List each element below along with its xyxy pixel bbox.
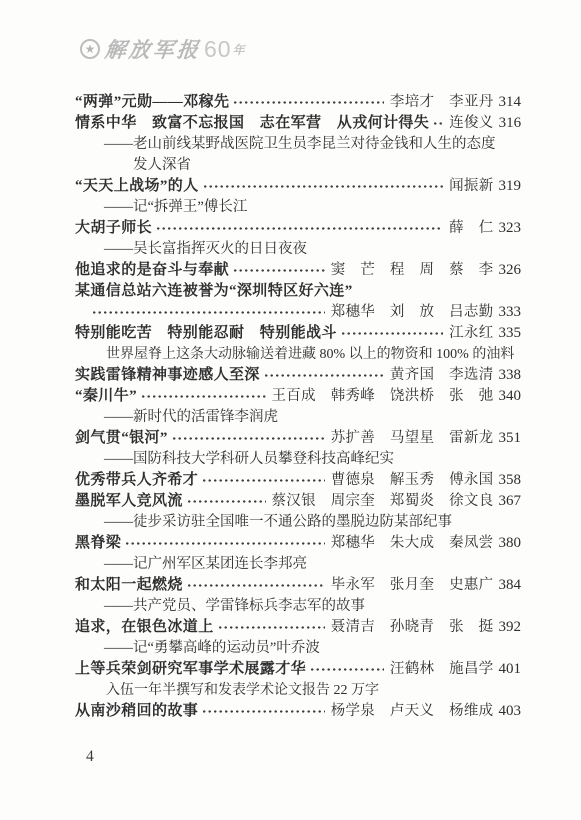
toc-row: 墨脱军人竞风流 蔡汉银 周宗奎 郑蜀炎 徐文良 367 [75, 491, 521, 512]
entry-authors: 闻振新 [449, 176, 493, 197]
entry-authors: 蔡汉银 周宗奎 郑蜀炎 徐文良 [272, 491, 494, 512]
entry-page: 323 [499, 218, 522, 239]
entry-authors: 毕永军 张月奎 史惠广 [331, 575, 494, 596]
toc-subtitle-row: ——新时代的活雷锋李润虎 [75, 407, 521, 428]
toc-subtitle-row: ——徒步采访驻全国唯一不通公路的墨脱边防某部纪事 [75, 512, 521, 533]
entry-authors: 杨学泉 卢天义 杨维成 [331, 701, 494, 722]
dot-leader [125, 542, 324, 545]
subtitle-text: ——老山前线某野战医院卫生员李昆兰对待金钱和人生的态度 [104, 134, 496, 155]
entry-authors: 李培才 李亚丹 [390, 92, 494, 113]
entry-title: 实践雷锋精神事迹感人至深 [75, 365, 260, 386]
entry-title: 黑脊梁 [75, 533, 121, 554]
dot-leader [141, 395, 265, 398]
entry-title: 和太阳一起燃烧 [75, 575, 183, 596]
entry-authors: 薛 仁 [449, 218, 493, 239]
toc-row: “秦川牛” 王百成 韩秀峰 饶洪桥 张 弛 340 [75, 386, 521, 407]
entry-page: 326 [499, 260, 522, 281]
dot-leader [92, 311, 325, 314]
entry-authors: 汪鹤林 施昌学 [390, 659, 494, 680]
entry-page: 367 [499, 491, 522, 512]
toc-row: 上等兵荣剑研究军事学术展露才华 汪鹤林 施昌学 401 [75, 659, 521, 680]
toc-note-row: 入伍一年半撰写和发表学术论文报告 22 万字 [75, 680, 521, 701]
toc-row: 黑脊梁 郑穗华 朱大成 秦凤尝 380 [75, 533, 521, 554]
entry-page: 403 [499, 701, 522, 722]
entry-authors: 郑穗华 朱大成 秦凤尝 [331, 533, 494, 554]
subtitle-text: ——国防科技大学科研人员攀登科技高峰纪实 [104, 449, 394, 470]
masthead-title: 解放军报 [103, 34, 202, 64]
dot-leader [233, 101, 383, 104]
toc-subtitle-row: ——国防科技大学科研人员攀登科技高峰纪实 [75, 449, 521, 470]
entry-title: 情系中华 致富不忘报国 志在军营 从戎何计得失 [75, 113, 429, 134]
toc-subtitle-row: ——共产党员、学雷锋标兵李志军的故事 [75, 596, 521, 617]
toc-row: “两弹”元勋——邓稼先 李培才 李亚丹 314 [75, 92, 521, 113]
entry-title: 某通信总站六连被誉为“深圳特区好六连” [75, 281, 353, 302]
entry-title: 墨脱军人竞风流 [75, 491, 183, 512]
entry-title: 上等兵荣剑研究军事学术展露才华 [75, 659, 306, 680]
subtitle-text: 发人深省 [133, 155, 191, 176]
entry-page: 316 [499, 113, 521, 134]
toc-row: 剑气贯“银河” 苏扩善 马望星 雷新龙 351 [75, 428, 521, 449]
dot-leader [218, 626, 325, 629]
toc-row: 和太阳一起燃烧 毕永军 张月奎 史惠广 384 [75, 575, 521, 596]
entry-page: 358 [499, 470, 522, 491]
entry-authors: 曹德泉 解玉秀 傅永国 [331, 470, 494, 491]
dot-leader [433, 122, 443, 125]
dot-leader [233, 269, 325, 272]
page-number: 4 [86, 748, 94, 766]
subtitle-text: ——新时代的活雷锋李润虎 [104, 407, 278, 428]
subtitle-text: ——记“勇攀高峰的运动员”叶乔波 [104, 638, 320, 659]
subtitle-text: ——记“拆弹王”傅长江 [104, 197, 247, 218]
entry-page: 340 [499, 386, 522, 407]
note-text: 世界屋脊上这条大动脉输送着进藏 80% 以上的物资和 100% 的油料 [106, 344, 514, 365]
entry-authors: 郑穗华 刘 放 吕志勤 [331, 302, 494, 323]
toc-row: 情系中华 致富不忘报国 志在军营 从戎何计得失 连俊义 316 [75, 113, 521, 134]
dot-leader [310, 668, 384, 671]
entry-title: “两弹”元勋——邓稼先 [75, 92, 229, 113]
toc-row: 郑穗华 刘 放 吕志勤 333 [75, 302, 521, 323]
entry-authors: 苏扩善 马望星 雷新龙 [331, 428, 494, 449]
toc-row: 从南沙稍回的故事 杨学泉 卢天义 杨维成 403 [75, 701, 521, 722]
dot-leader [187, 584, 325, 587]
entry-page: 314 [499, 92, 522, 113]
subtitle-text: ——记广州军区某团连长李邦亮 [104, 554, 307, 575]
dot-leader [172, 437, 325, 440]
entry-authors: 王百成 韩秀峰 饶洪桥 张 弛 [272, 386, 494, 407]
entry-page: 401 [499, 659, 522, 680]
entry-page: 384 [499, 575, 522, 596]
entry-title: “秦川牛” [75, 386, 137, 407]
toc-subtitle-row: ——吴长富指挥灭火的日日夜夜 [75, 239, 521, 260]
entry-page: 351 [499, 428, 522, 449]
star-emblem-icon: ★ [80, 39, 100, 59]
dot-leader [341, 332, 443, 335]
toc-subtitle-row: ——记广州军区某团连长李邦亮 [75, 554, 521, 575]
entry-title: 从南沙稍回的故事 [75, 701, 198, 722]
dot-leader [202, 479, 324, 482]
entry-title: 剑气贯“银河” [75, 428, 168, 449]
toc-row: 优秀带兵人齐希才 曹德泉 解玉秀 傅永国 358 [75, 470, 521, 491]
entry-page: 392 [499, 617, 522, 638]
dot-leader [187, 500, 266, 503]
entry-title: 追求，在银色冰道上 [75, 617, 214, 638]
book-toc-page: ★ 解放军报 60 年 “两弹”元勋——邓稼先 李培才 李亚丹 314 情系中华… [0, 0, 581, 820]
subtitle-text: ——吴长富指挥灭火的日日夜夜 [104, 239, 307, 260]
entry-authors: 黄齐国 李选清 [390, 365, 494, 386]
entry-page: 319 [499, 176, 522, 197]
toc-subtitle-row: ——老山前线某野战医院卫生员李昆兰对待金钱和人生的态度 [75, 134, 521, 155]
toc-row: 某通信总站六连被誉为“深圳特区好六连” [75, 281, 521, 302]
toc-row: 他追求的是奋斗与奉献 窦 芒 程 周 蔡 李 326 [75, 260, 521, 281]
toc-subtitle-continuation-row: 发人深省 [75, 155, 521, 176]
entry-title: “天天上战场”的人 [75, 176, 199, 197]
entry-authors: 江永红 [449, 323, 493, 344]
table-of-contents: “两弹”元勋——邓稼先 李培才 李亚丹 314 情系中华 致富不忘报国 志在军营… [75, 92, 521, 722]
entry-page: 333 [499, 302, 522, 323]
dot-leader [156, 227, 443, 230]
toc-row: 特别能吃苦 特别能忍耐 特别能战斗 江永红 335 [75, 323, 521, 344]
entry-authors: 聂清吉 孙晓青 张 挺 [331, 617, 494, 638]
entry-authors: 连俊义 [449, 113, 493, 134]
toc-subtitle-row: ——记“拆弹王”傅长江 [75, 197, 521, 218]
note-text: 入伍一年半撰写和发表学术论文报告 22 万字 [106, 680, 379, 701]
dot-leader [264, 374, 384, 377]
subtitle-text: ——共产党员、学雷锋标兵李志军的故事 [104, 596, 365, 617]
entry-page: 338 [499, 365, 522, 386]
entry-title: 大胡子师长 [75, 218, 152, 239]
entry-title: 优秀带兵人齐希才 [75, 470, 198, 491]
toc-subtitle-row: ——记“勇攀高峰的运动员”叶乔波 [75, 638, 521, 659]
dot-leader [202, 710, 324, 713]
toc-row: “天天上战场”的人 闻振新 319 [75, 176, 521, 197]
toc-row: 实践雷锋精神事迹感人至深 黄齐国 李选清 338 [75, 365, 521, 386]
toc-row: 大胡子师长 薛 仁 323 [75, 218, 521, 239]
entry-title: 特别能吃苦 特别能忍耐 特别能战斗 [75, 323, 337, 344]
masthead-logo: ★ 解放军报 60 年 [80, 34, 245, 64]
toc-note-row: 世界屋脊上这条大动脉输送着进藏 80% 以上的物资和 100% 的油料 [75, 344, 521, 365]
masthead-number: 60 [204, 36, 232, 63]
masthead-year-suffix: 年 [233, 41, 245, 58]
entry-authors: 窦 芒 程 周 蔡 李 [331, 260, 494, 281]
entry-page: 380 [499, 533, 522, 554]
subtitle-text: ——徒步采访驻全国唯一不通公路的墨脱边防某部纪事 [104, 512, 452, 533]
dot-leader [203, 185, 443, 188]
toc-row: 追求，在银色冰道上 聂清吉 孙晓青 张 挺 392 [75, 617, 521, 638]
entry-title: 他追求的是奋斗与奉献 [75, 260, 229, 281]
entry-page: 335 [499, 323, 522, 344]
